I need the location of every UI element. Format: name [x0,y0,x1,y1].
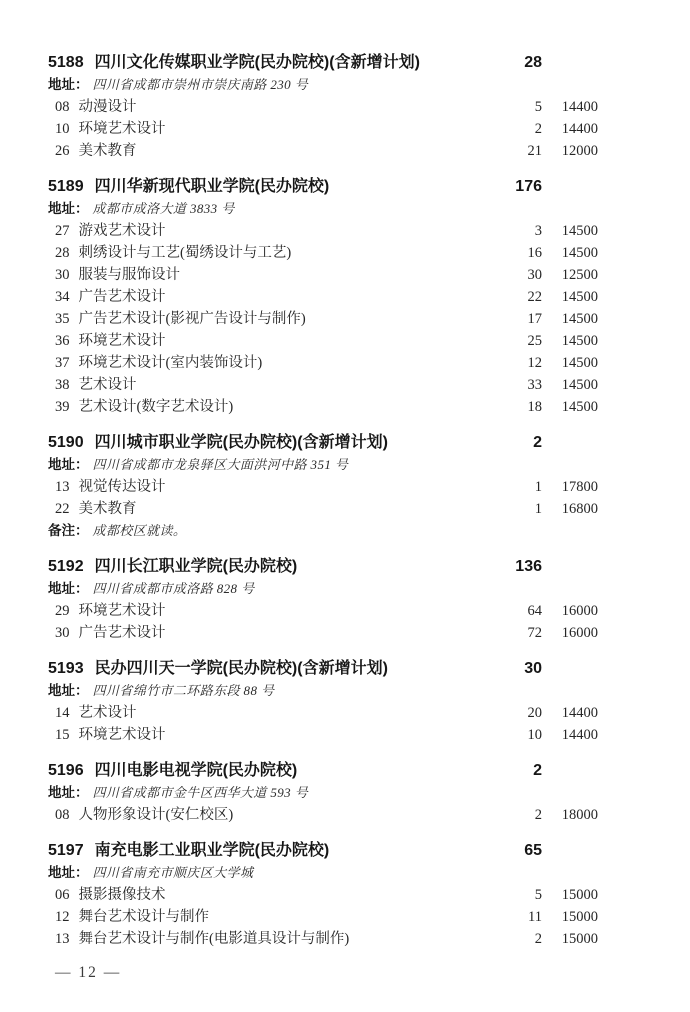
institution-code: 5192 [48,558,84,575]
institution-total: 176 [496,176,542,198]
address-row: 地址： 成都市成洛大道 3833 号 [48,198,598,220]
major-fee: 14400 [542,702,598,724]
major-name: 游戏艺术设计 [79,223,166,239]
major-code: 06 [55,887,70,903]
institution-title: 5192四川长江职业学院(民办院校) [48,556,496,578]
major-title: 14艺术设计 [55,702,496,724]
major-name: 摄影摄像技术 [79,887,166,903]
institution-name: 四川华新现代职业学院(民办院校) [95,178,330,195]
major-count: 2 [496,118,542,140]
major-row: 27游戏艺术设计 3 14500 [48,220,598,242]
major-code: 30 [55,267,70,283]
major-title: 22美术教育 [55,498,496,520]
major-title: 28刺绣设计与工艺(蜀绣设计与工艺) [55,242,496,264]
institution-block: 5188四川文化传媒职业学院(民办院校)(含新增计划) 28 地址： 四川省成都… [48,52,598,162]
document-page: 5188四川文化传媒职业学院(民办院校)(含新增计划) 28 地址： 四川省成都… [0,0,690,1012]
address-row: 地址： 四川省绵竹市二环路东段 88 号 [48,680,598,702]
major-row: 39艺术设计(数字艺术设计) 18 14500 [48,396,598,418]
institution-code: 5189 [48,178,84,195]
institution-header-row: 5190四川城市职业学院(民办院校)(含新增计划) 2 [48,432,598,454]
major-code: 34 [55,289,70,305]
major-title: 13视觉传达设计 [55,476,496,498]
major-count: 33 [496,374,542,396]
major-fee: 15000 [542,884,598,906]
major-title: 08人物形象设计(安仁校区) [55,804,496,826]
major-title: 36环境艺术设计 [55,330,496,352]
address-label: 地址： [48,454,89,476]
remark-text: 成都校区就读。 [93,520,187,542]
major-row: 38艺术设计 33 14500 [48,374,598,396]
address-row: 地址： 四川省成都市金牛区西华大道 593 号 [48,782,598,804]
major-count: 72 [496,622,542,644]
major-fee: 14500 [542,330,598,352]
address-label: 地址： [48,862,89,884]
major-name: 舞台艺术设计与制作(电影道具设计与制作) [79,931,350,947]
major-row: 06摄影摄像技术 5 15000 [48,884,598,906]
major-row: 35广告艺术设计(影视广告设计与制作) 17 14500 [48,308,598,330]
major-title: 15环境艺术设计 [55,724,496,746]
institution-title: 5188四川文化传媒职业学院(民办院校)(含新增计划) [48,52,496,74]
institution-title: 5189四川华新现代职业学院(民办院校) [48,176,496,198]
major-fee: 14500 [542,220,598,242]
major-name: 环境艺术设计 [79,727,166,743]
major-title: 35广告艺术设计(影视广告设计与制作) [55,308,496,330]
major-fee: 16000 [542,622,598,644]
major-count: 17 [496,308,542,330]
institution-name: 四川电影电视学院(民办院校) [95,762,298,779]
major-row: 30广告艺术设计 72 16000 [48,622,598,644]
major-count: 10 [496,724,542,746]
major-fee: 15000 [542,906,598,928]
address-text: 四川省成都市龙泉驿区大面洪河中路 351 号 [93,454,349,476]
institution-total: 2 [496,760,542,782]
major-title: 12舞台艺术设计与制作 [55,906,496,928]
major-code: 26 [55,143,70,159]
major-name: 艺术设计 [79,705,137,721]
page-footer: — 12 — [48,964,598,982]
institution-title: 5190四川城市职业学院(民办院校)(含新增计划) [48,432,496,454]
institution-code: 5188 [48,54,84,71]
major-code: 15 [55,727,70,743]
major-name: 舞台艺术设计与制作 [79,909,210,925]
institution-block: 5196四川电影电视学院(民办院校) 2 地址： 四川省成都市金牛区西华大道 5… [48,760,598,826]
major-name: 广告艺术设计(影视广告设计与制作) [79,311,306,327]
major-count: 2 [496,804,542,826]
major-code: 13 [55,931,70,947]
major-code: 28 [55,245,70,261]
institution-block: 5190四川城市职业学院(民办院校)(含新增计划) 2 地址： 四川省成都市龙泉… [48,432,598,542]
institution-list: 5188四川文化传媒职业学院(民办院校)(含新增计划) 28 地址： 四川省成都… [48,52,598,950]
major-code: 12 [55,909,70,925]
institution-header-row: 5196四川电影电视学院(民办院校) 2 [48,760,598,782]
institution-block: 5197南充电影工业职业学院(民办院校) 65 地址： 四川省南充市顺庆区大学城… [48,840,598,950]
majors-list: 29环境艺术设计 64 16000 30广告艺术设计 72 16000 [48,600,598,644]
major-name: 环境艺术设计 [79,121,166,137]
institution-name: 四川城市职业学院(民办院校)(含新增计划) [95,434,388,451]
major-count: 3 [496,220,542,242]
major-row: 26美术教育 21 12000 [48,140,598,162]
major-fee: 18000 [542,804,598,826]
major-fee: 17800 [542,476,598,498]
major-count: 30 [496,264,542,286]
institution-block: 5189四川华新现代职业学院(民办院校) 176 地址： 成都市成洛大道 383… [48,176,598,418]
major-title: 39艺术设计(数字艺术设计) [55,396,496,418]
address-text: 成都市成洛大道 3833 号 [93,198,235,220]
major-row: 29环境艺术设计 64 16000 [48,600,598,622]
major-title: 08动漫设计 [55,96,496,118]
major-title: 30广告艺术设计 [55,622,496,644]
major-count: 18 [496,396,542,418]
page-number: — 12 — [55,964,121,981]
major-count: 5 [496,884,542,906]
major-fee: 15000 [542,928,598,950]
institution-code: 5196 [48,762,84,779]
major-code: 13 [55,479,70,495]
major-row: 30服装与服饰设计 30 12500 [48,264,598,286]
major-code: 14 [55,705,70,721]
major-fee: 12500 [542,264,598,286]
institution-name: 四川文化传媒职业学院(民办院校)(含新增计划) [95,54,420,71]
major-count: 12 [496,352,542,374]
majors-list: 14艺术设计 20 14400 15环境艺术设计 10 14400 [48,702,598,746]
address-text: 四川省成都市崇州市崇庆南路 230 号 [93,74,309,96]
institution-header-row: 5197南充电影工业职业学院(民办院校) 65 [48,840,598,862]
major-fee: 14400 [542,724,598,746]
major-code: 10 [55,121,70,137]
institution-title: 5197南充电影工业职业学院(民办院校) [48,840,496,862]
institution-code: 5190 [48,434,84,451]
majors-list: 13视觉传达设计 1 17800 22美术教育 1 16800 [48,476,598,520]
institution-total: 136 [496,556,542,578]
major-name: 广告艺术设计 [79,289,166,305]
major-row: 37环境艺术设计(室内装饰设计) 12 14500 [48,352,598,374]
major-code: 30 [55,625,70,641]
major-name: 环境艺术设计(室内装饰设计) [79,355,263,371]
institution-total: 30 [496,658,542,680]
institution-total: 65 [496,840,542,862]
institution-block: 5192四川长江职业学院(民办院校) 136 地址： 四川省成都市成洛路 828… [48,556,598,644]
major-title: 06摄影摄像技术 [55,884,496,906]
major-row: 13舞台艺术设计与制作(电影道具设计与制作) 2 15000 [48,928,598,950]
institution-header-row: 5193民办四川天一学院(民办院校)(含新增计划) 30 [48,658,598,680]
address-text: 四川省绵竹市二环路东段 88 号 [93,680,275,702]
major-count: 25 [496,330,542,352]
major-name: 人物形象设计(安仁校区) [79,807,234,823]
major-row: 10环境艺术设计 2 14400 [48,118,598,140]
major-name: 动漫设计 [79,99,137,115]
major-row: 08人物形象设计(安仁校区) 2 18000 [48,804,598,826]
major-title: 13舞台艺术设计与制作(电影道具设计与制作) [55,928,496,950]
majors-list: 08人物形象设计(安仁校区) 2 18000 [48,804,598,826]
institution-code: 5197 [48,842,84,859]
major-fee: 16000 [542,600,598,622]
institution-name: 南充电影工业职业学院(民办院校) [95,842,330,859]
major-row: 28刺绣设计与工艺(蜀绣设计与工艺) 16 14500 [48,242,598,264]
major-name: 环境艺术设计 [79,333,166,349]
major-code: 08 [55,807,70,823]
major-fee: 12000 [542,140,598,162]
major-code: 08 [55,99,70,115]
major-row: 15环境艺术设计 10 14400 [48,724,598,746]
address-text: 四川省成都市成洛路 828 号 [93,578,255,600]
major-name: 广告艺术设计 [79,625,166,641]
major-code: 27 [55,223,70,239]
address-row: 地址： 四川省成都市龙泉驿区大面洪河中路 351 号 [48,454,598,476]
address-label: 地址： [48,680,89,702]
major-code: 36 [55,333,70,349]
institution-header-row: 5189四川华新现代职业学院(民办院校) 176 [48,176,598,198]
institution-name: 四川长江职业学院(民办院校) [95,558,298,575]
majors-list: 06摄影摄像技术 5 15000 12舞台艺术设计与制作 11 15000 13… [48,884,598,950]
major-name: 美术教育 [79,501,137,517]
major-fee: 14500 [542,352,598,374]
institution-total: 2 [496,432,542,454]
major-name: 视觉传达设计 [79,479,166,495]
major-title: 29环境艺术设计 [55,600,496,622]
major-row: 34广告艺术设计 22 14500 [48,286,598,308]
major-count: 1 [496,476,542,498]
address-row: 地址： 四川省成都市崇州市崇庆南路 230 号 [48,74,598,96]
major-title: 38艺术设计 [55,374,496,396]
major-row: 13视觉传达设计 1 17800 [48,476,598,498]
majors-list: 27游戏艺术设计 3 14500 28刺绣设计与工艺(蜀绣设计与工艺) 16 1… [48,220,598,418]
major-code: 37 [55,355,70,371]
major-code: 38 [55,377,70,393]
address-row: 地址： 四川省南充市顺庆区大学城 [48,862,598,884]
major-row: 08动漫设计 5 14400 [48,96,598,118]
major-fee: 14500 [542,374,598,396]
major-count: 11 [496,906,542,928]
major-name: 环境艺术设计 [79,603,166,619]
institution-title: 5193民办四川天一学院(民办院校)(含新增计划) [48,658,496,680]
address-text: 四川省南充市顺庆区大学城 [93,862,254,884]
institution-header-row: 5192四川长江职业学院(民办院校) 136 [48,556,598,578]
major-name: 服装与服饰设计 [79,267,181,283]
major-count: 64 [496,600,542,622]
major-fee: 14500 [542,286,598,308]
major-code: 39 [55,399,70,415]
institution-title: 5196四川电影电视学院(民办院校) [48,760,496,782]
major-fee: 14400 [542,118,598,140]
address-label: 地址： [48,198,89,220]
institution-header-row: 5188四川文化传媒职业学院(民办院校)(含新增计划) 28 [48,52,598,74]
major-count: 16 [496,242,542,264]
major-code: 29 [55,603,70,619]
major-title: 30服装与服饰设计 [55,264,496,286]
institution-code: 5193 [48,660,84,677]
major-count: 22 [496,286,542,308]
major-count: 2 [496,928,542,950]
institution-total: 28 [496,52,542,74]
major-row: 12舞台艺术设计与制作 11 15000 [48,906,598,928]
address-text: 四川省成都市金牛区西华大道 593 号 [93,782,309,804]
institution-name: 民办四川天一学院(民办院校)(含新增计划) [95,660,388,677]
major-fee: 14500 [542,308,598,330]
major-title: 10环境艺术设计 [55,118,496,140]
major-count: 5 [496,96,542,118]
major-row: 22美术教育 1 16800 [48,498,598,520]
remark-label: 备注： [48,520,89,542]
major-row: 14艺术设计 20 14400 [48,702,598,724]
major-name: 美术教育 [79,143,137,159]
major-fee: 14500 [542,242,598,264]
major-fee: 14500 [542,396,598,418]
major-count: 21 [496,140,542,162]
address-label: 地址： [48,578,89,600]
major-title: 34广告艺术设计 [55,286,496,308]
major-count: 20 [496,702,542,724]
major-row: 36环境艺术设计 25 14500 [48,330,598,352]
major-code: 22 [55,501,70,517]
major-title: 37环境艺术设计(室内装饰设计) [55,352,496,374]
address-label: 地址： [48,74,89,96]
address-row: 地址： 四川省成都市成洛路 828 号 [48,578,598,600]
remark-row: 备注： 成都校区就读。 [48,520,598,542]
major-title: 26美术教育 [55,140,496,162]
major-code: 35 [55,311,70,327]
major-fee: 16800 [542,498,598,520]
major-name: 刺绣设计与工艺(蜀绣设计与工艺) [79,245,292,261]
major-name: 艺术设计(数字艺术设计) [79,399,234,415]
institution-block: 5193民办四川天一学院(民办院校)(含新增计划) 30 地址： 四川省绵竹市二… [48,658,598,746]
major-count: 1 [496,498,542,520]
majors-list: 08动漫设计 5 14400 10环境艺术设计 2 14400 26美术教育 2… [48,96,598,162]
major-fee: 14400 [542,96,598,118]
major-name: 艺术设计 [79,377,137,393]
major-title: 27游戏艺术设计 [55,220,496,242]
address-label: 地址： [48,782,89,804]
